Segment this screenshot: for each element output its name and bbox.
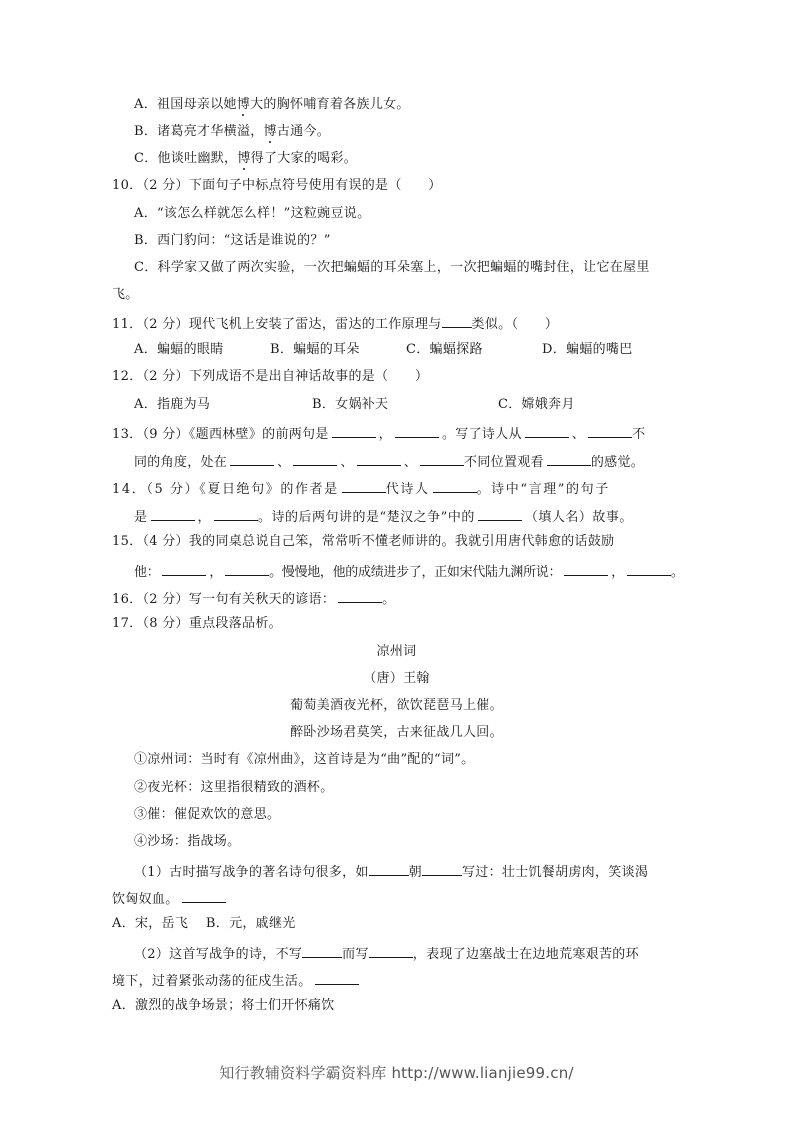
- q17-stem: 17．（8 分）重点段落品析。: [112, 615, 282, 633]
- answer-blank[interactable]: [332, 423, 376, 438]
- q13-line2: 同的角度，处在、、、不同位置观看的感觉。: [134, 451, 644, 472]
- stem-text: （1）古时描写战争的著名诗句很多，如: [134, 865, 369, 880]
- answer-blank[interactable]: [369, 943, 413, 958]
- stem-text: 同的角度，处在: [134, 455, 227, 470]
- emphasis-dotted-char: 博: [237, 151, 250, 166]
- q17-sub1-line1: （1）古时描写战争的著名诗句很多，如朝写过：壮士饥餐胡虏肉，笑谈渴: [134, 861, 648, 882]
- q17-sub2-line1: （2）这首写战争的诗，不写而写，表现了边塞战士在边地荒寒艰苦的环: [134, 943, 639, 964]
- q17-sub2-line2: 境下，过着紧张动荡的征戍生活。: [112, 970, 362, 991]
- answer-choice-blank[interactable]: [182, 888, 226, 903]
- q17-sub1-line2: 饮匈奴血。: [112, 888, 229, 909]
- q14-line1: 14．（5 分）《夏日绝句》的作者是代诗人。诗中“言理”的句子: [112, 478, 610, 499]
- answer-blank[interactable]: [442, 313, 472, 328]
- stem-text: 朝: [409, 865, 422, 880]
- emphasis-dotted-char: 博: [264, 124, 277, 139]
- answer-blank[interactable]: [564, 561, 608, 576]
- answer-blank[interactable]: [302, 943, 342, 958]
- punct: 、: [340, 455, 353, 470]
- answer-blank[interactable]: [478, 506, 522, 521]
- poem-author: （唐）王翰: [0, 670, 793, 688]
- q12-option-b: B．女娲补天: [312, 396, 498, 414]
- stem-text: 类似。（ ）: [472, 317, 559, 332]
- poem-note-2: ②夜光杯：这里指很精致的酒杯。: [134, 779, 334, 797]
- punct: 、: [277, 455, 290, 470]
- option-text: 大的胸怀哺育着各族儿女。: [250, 97, 410, 112]
- q14-line2: 是，。诗的后两句讲的是“楚汉之争”中的（填人名）故事。: [134, 506, 633, 527]
- punct: ，: [209, 565, 222, 580]
- answer-blank[interactable]: [588, 423, 632, 438]
- q11-option-b: B．蝙蝠的耳朵: [270, 341, 406, 359]
- answer-blank[interactable]: [627, 561, 671, 576]
- option-text: 祖国母亲以她: [157, 97, 237, 112]
- answer-blank[interactable]: [225, 561, 269, 576]
- stem-text: 是: [134, 510, 148, 525]
- q12-options: A．指鹿为马B．女娲补天C．嫦娥奔月: [134, 396, 575, 414]
- stem-text: 14．（5 分）《夏日绝句》的作者是: [112, 482, 339, 497]
- stem-text: 。诗的后两句讲的是“楚汉之争”中的: [258, 510, 475, 525]
- q9-option-b: B．诸葛亮才华横溢，博古通今。: [134, 123, 330, 141]
- q12-option-c: C．嫦娥奔月: [498, 396, 575, 414]
- stem-text: 饮匈奴血。: [112, 892, 179, 907]
- punct: 、: [572, 427, 585, 442]
- option-text: 诸葛亮才华横溢，: [157, 124, 263, 139]
- q11-option-c: C．蝙蝠探路: [406, 341, 542, 359]
- option-text: 得了大家的喝彩。: [251, 151, 357, 166]
- q10-option-b: B．西门豹问：“这话是谁说的？”: [134, 232, 331, 250]
- stem-text: ，表现了边塞战士在边地荒寒艰苦的环: [413, 947, 639, 962]
- answer-blank[interactable]: [433, 478, 477, 493]
- answer-blank[interactable]: [395, 423, 439, 438]
- poem-line-2: 醉卧沙场君莫笑，古来征战几人回。: [0, 724, 793, 742]
- q13-line1: 13．（9 分）《题西林壁》的前两句是，。写了诗人从、不: [112, 423, 645, 444]
- answer-blank[interactable]: [422, 861, 462, 876]
- stem-text: 不: [632, 427, 645, 442]
- q16-line: 16．（2 分）写一句有关秋天的谚语：。: [112, 588, 395, 609]
- stem-text: 不同位置观看: [464, 455, 544, 470]
- q10-option-c-cont: 飞。: [112, 286, 139, 304]
- answer-blank[interactable]: [214, 506, 258, 521]
- stem-text: 境下，过着紧张动荡的征戍生活。: [112, 974, 312, 989]
- punct: 。: [671, 565, 684, 580]
- stem-text: 13．（9 分）《题西林壁》的前两句是: [112, 427, 329, 442]
- stem-text: （2）这首写战争的诗，不写: [134, 947, 302, 962]
- poem-note-4: ④沙场：指战场。: [134, 833, 240, 851]
- footer-watermark: 知行教辅资料学霸资料库 http://www.lianjie99.cn/: [0, 1062, 793, 1083]
- poem-note-3: ③催：催促欢饮的意思。: [134, 806, 280, 824]
- q9-option-c: C．他谈吐幽默，博得了大家的喝彩。: [134, 150, 357, 168]
- option-text: 古通今。: [277, 124, 330, 139]
- punct: ，: [379, 427, 392, 442]
- emphasis-dotted-char: 博: [237, 97, 250, 112]
- option-label: A．: [134, 97, 157, 112]
- answer-blank[interactable]: [369, 861, 409, 876]
- q15-line1: 15．（4 分）我的同桌总说自己笨，常常听不懂老师讲的。我就引用唐代韩愈的话鼓励: [112, 533, 614, 551]
- poem-note-1: ①凉州词：当时有《凉州曲》，这首诗是为“曲”配的“词”。: [134, 751, 474, 769]
- q12-stem: 12．（2 分）下列成语不是出自神话故事的是（ ）: [112, 368, 428, 386]
- q11-stem: 11．（2 分）现代飞机上安装了雷达，雷达的工作原理与类似。（ ）: [112, 313, 558, 334]
- punct: ，: [198, 510, 212, 525]
- answer-blank[interactable]: [420, 451, 464, 466]
- stem-text: 。写了诗人从: [442, 427, 522, 442]
- poem-title: 凉州词: [0, 643, 793, 661]
- answer-blank[interactable]: [357, 451, 401, 466]
- q10-option-c: C．科学家又做了两次实验，一次把蝙蝠的耳朵塞上，一次把蝙蝠的嘴封住，让它在屋里: [134, 259, 650, 277]
- punct: 、: [404, 455, 417, 470]
- q11-option-d: D．蝙蝠的嘴巴: [542, 341, 633, 359]
- q11-options: A．蝙蝠的眼睛B．蝙蝠的耳朵C．蝙蝠探路D．蝙蝠的嘴巴: [134, 341, 633, 359]
- q11-option-a: A．蝙蝠的眼睛: [134, 341, 270, 359]
- option-label: B．: [134, 124, 157, 139]
- q15-line2: 他：，。慢慢地，他的成绩进步了，正如宋代陆九渊所说：，。: [134, 561, 684, 582]
- q10-stem: 10．（2 分）下面句子中标点符号使用有误的是（ ）: [112, 177, 442, 195]
- answer-blank[interactable]: [525, 423, 569, 438]
- answer-blank[interactable]: [547, 451, 591, 466]
- answer-blank[interactable]: [151, 506, 195, 521]
- stem-text: 写过：壮士饥餐胡虏肉，笑谈渴: [462, 865, 648, 880]
- q10-option-a: A．“该怎么样就怎么样！”这粒豌豆说。: [134, 205, 370, 223]
- answer-blank[interactable]: [162, 561, 206, 576]
- stem-text: 而写: [342, 947, 369, 962]
- stem-text: 的感觉。: [591, 455, 644, 470]
- option-label: C．: [134, 151, 158, 166]
- answer-blank[interactable]: [293, 451, 337, 466]
- option-text: 他谈吐幽默，: [158, 151, 238, 166]
- q17-sub2-option-a: A．激烈的战争场景；将士们开怀痛饮: [112, 997, 335, 1015]
- stem-text: 11．（2 分）现代飞机上安装了雷达，雷达的工作原理与: [112, 317, 442, 332]
- stem-text: 。诗中“言理”的句子: [477, 482, 610, 497]
- answer-blank[interactable]: [342, 478, 386, 493]
- answer-blank[interactable]: [338, 588, 382, 603]
- punct: 。: [382, 592, 395, 607]
- stem-text: 代诗人: [386, 482, 430, 497]
- stem-text: （填人名）故事。: [525, 510, 633, 525]
- q12-option-a: A．指鹿为马: [134, 396, 312, 414]
- q9-option-a: A．祖国母亲以她博大的胸怀哺育着各族儿女。: [134, 96, 410, 114]
- answer-blank[interactable]: [230, 451, 274, 466]
- stem-text: 他：: [134, 565, 159, 580]
- q17-sub1-options: A．宋，岳飞 B．元，戚继光: [112, 915, 296, 933]
- stem-text: 。慢慢地，他的成绩进步了，正如宋代陆九渊所说：: [269, 565, 561, 580]
- punct: ，: [611, 565, 624, 580]
- poem-line-1: 葡萄美酒夜光杯，欲饮琵琶马上催。: [0, 697, 793, 715]
- stem-text: 16．（2 分）写一句有关秋天的谚语：: [112, 592, 335, 607]
- answer-choice-blank[interactable]: [315, 970, 359, 985]
- exam-page: A．祖国母亲以她博大的胸怀哺育着各族儿女。 B．诸葛亮才华横溢，博古通今。 C．…: [0, 0, 793, 1122]
